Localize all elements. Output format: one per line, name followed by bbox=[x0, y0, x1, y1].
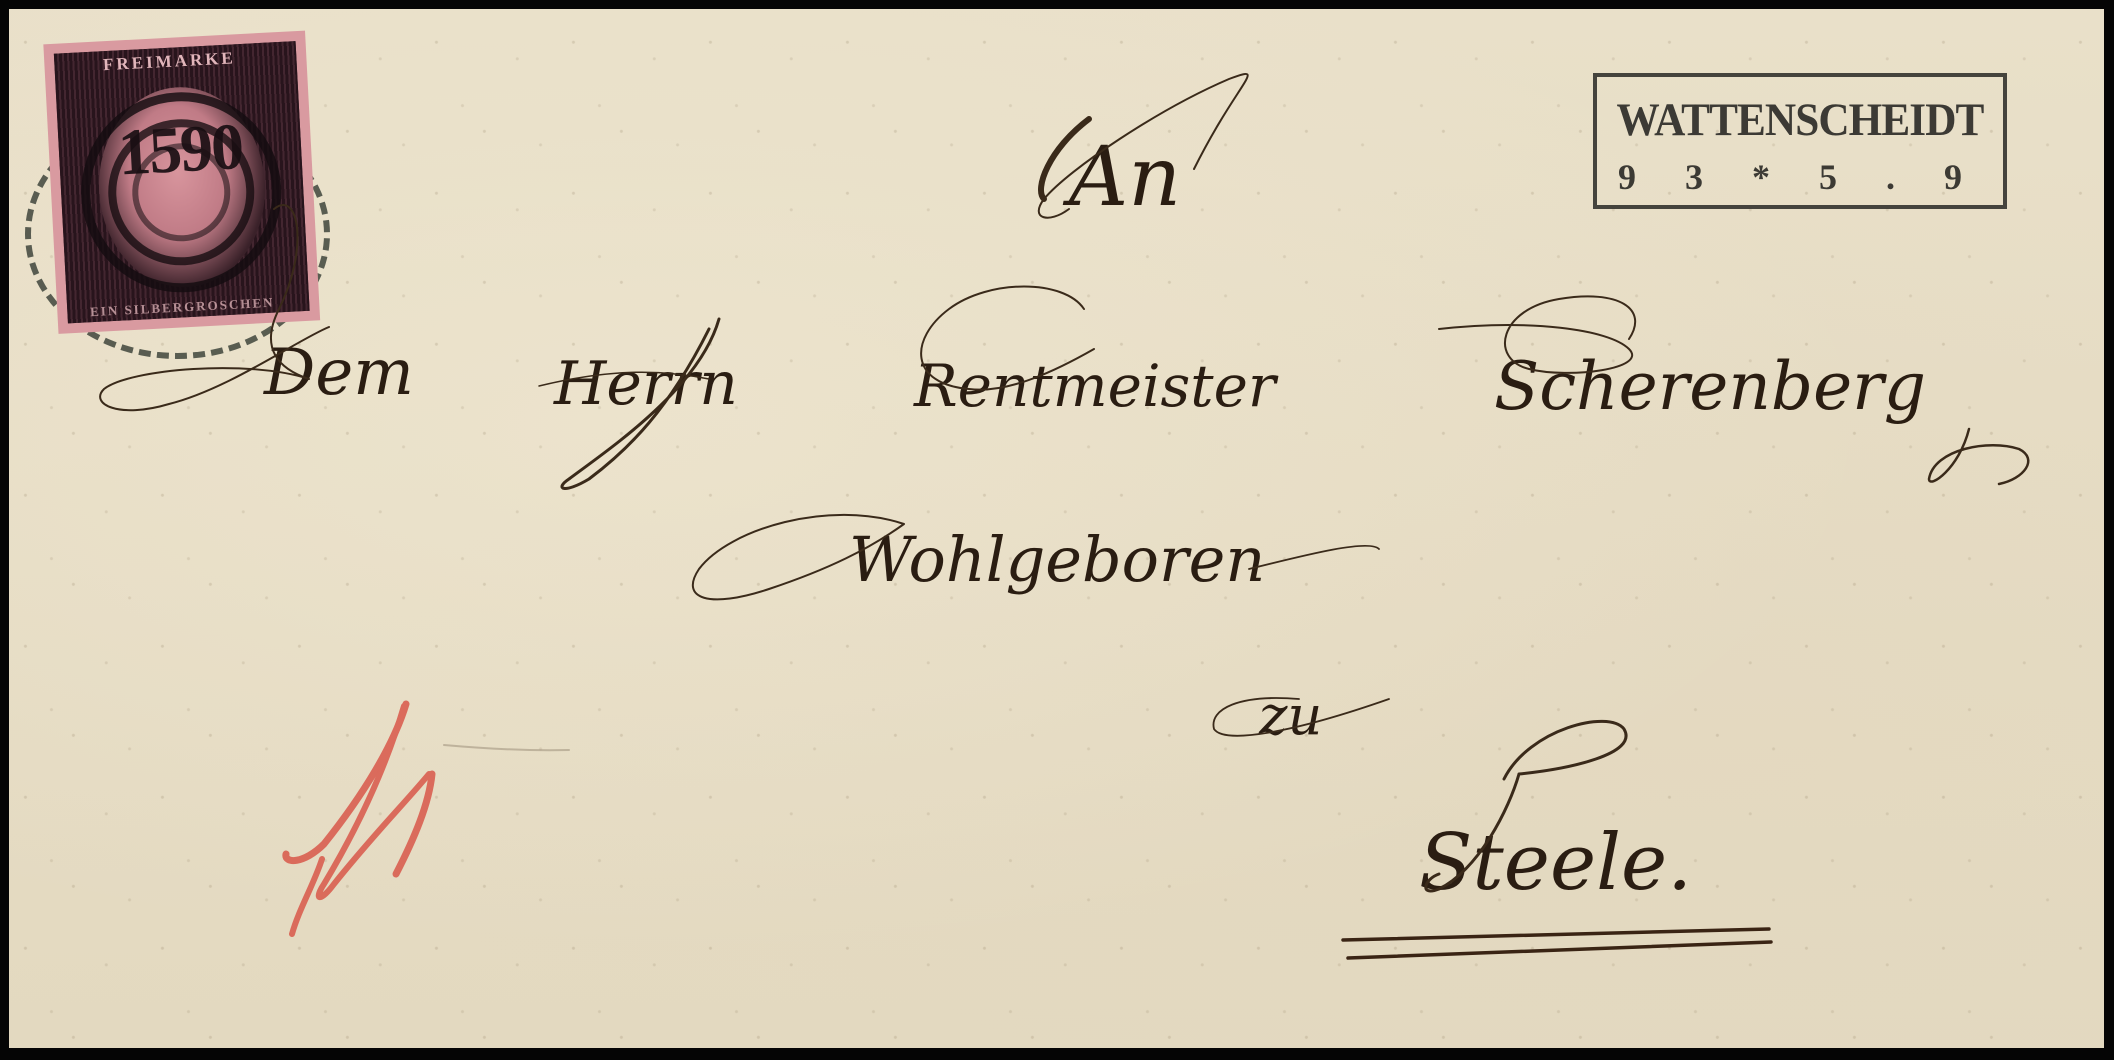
envelope-paper: FREIMARKE EIN SILBERGROSCHEN 1590 WATTEN… bbox=[9, 9, 2104, 1048]
address-prefix: Dem bbox=[264, 341, 414, 405]
town-postmark: WATTENSCHEIDT 9 3 * 5 . 9 bbox=[1593, 73, 2007, 209]
address-title: Herrn bbox=[554, 354, 738, 414]
address-preposition: zu bbox=[1259, 689, 1322, 743]
address-rank: Rentmeister bbox=[914, 357, 1276, 415]
postmark-date: 9 3 * 5 . 9 bbox=[1597, 159, 2003, 195]
postage-stamp: FREIMARKE EIN SILBERGROSCHEN 1590 bbox=[43, 30, 330, 344]
postmark-town: WATTENSCHEIDT bbox=[1613, 97, 1987, 144]
image-frame: FREIMARKE EIN SILBERGROSCHEN 1590 WATTEN… bbox=[0, 0, 2114, 1060]
numeral-cancel-number: 1590 bbox=[47, 106, 313, 196]
address-name: Scherenberg bbox=[1494, 354, 1926, 420]
address-honorific: Wohlgeboren bbox=[849, 529, 1265, 591]
red-crayon-mark bbox=[264, 694, 464, 954]
address-city: Steele. bbox=[1419, 824, 1692, 902]
address-salutation: An bbox=[1069, 137, 1181, 219]
stamp-paper: FREIMARKE EIN SILBERGROSCHEN 1590 bbox=[43, 31, 320, 334]
